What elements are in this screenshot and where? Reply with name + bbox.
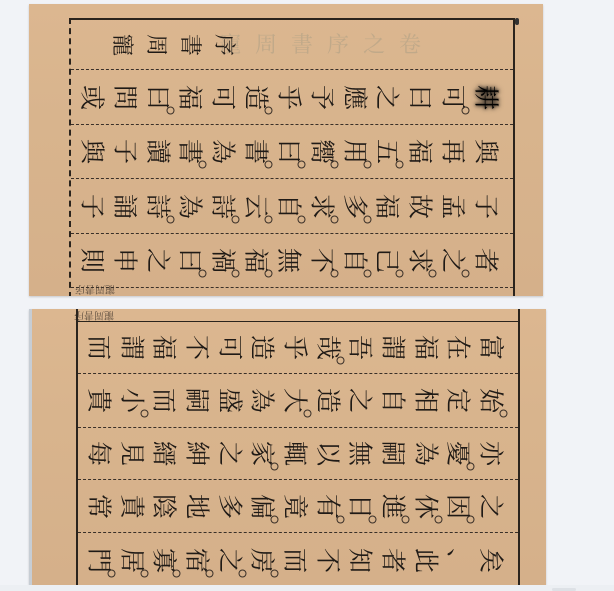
glyph: 多 <box>217 491 242 521</box>
text-frame: 寵周書序 或問曰福可造乎予應之曰可耕 與子讀書為書曰嚮用五福再與 子誦詩為詩云自… <box>69 18 515 296</box>
glyph: 子 <box>80 191 105 221</box>
glyph: 為 <box>178 191 203 221</box>
glyph: 不 <box>309 246 334 276</box>
glyph: 應 <box>342 82 367 112</box>
glyph: 云 <box>244 191 269 221</box>
glyph: 曰 <box>408 82 433 112</box>
glyph: 自 <box>380 386 405 416</box>
glyph: 福 <box>408 137 433 167</box>
glyph: 、 <box>446 545 471 575</box>
glyph: 福 <box>375 191 400 221</box>
glyph: 可 <box>211 82 236 112</box>
text-row: 常責陰地多偏竟有日進休因之 <box>78 480 518 533</box>
glyph: 紳 <box>184 439 209 469</box>
text-row: 門居寡宿之房而不知者此、矣 <box>78 533 518 585</box>
glyph: 予 <box>309 82 334 112</box>
glyph: 福 <box>178 82 203 112</box>
text-row: 子誦詩為詩云自求多福故孟子 <box>71 179 513 234</box>
glyph: 亦 <box>478 439 503 469</box>
glyph: 者 <box>380 545 405 575</box>
glyph: 曰 <box>276 137 301 167</box>
glyph: 可 <box>441 82 466 112</box>
title-row: 寵周書序 <box>71 20 513 70</box>
glyph: 詩 <box>145 191 170 221</box>
glyph: 多 <box>342 191 367 221</box>
glyph: 房 <box>250 545 275 575</box>
glyph: 縉 <box>152 439 177 469</box>
glyph: 為 <box>250 386 275 416</box>
glyph: 因 <box>446 491 471 521</box>
glyph: 之 <box>441 246 466 276</box>
glyph: 故 <box>408 191 433 221</box>
glyph: 知 <box>348 545 373 575</box>
glyph: 福 <box>152 333 177 363</box>
glyph: 大 <box>282 386 307 416</box>
glyph: 之 <box>478 491 503 521</box>
glyph: 宿 <box>184 545 209 575</box>
glyph: 乎 <box>282 333 307 363</box>
glyph: 子 <box>473 191 498 221</box>
glyph: 書 <box>178 31 200 59</box>
glyph: 憂 <box>446 439 471 469</box>
text-row: 每見縉紳之家輒以無嗣為憂亦 <box>78 428 518 480</box>
text-row: 貴小而嗣盛為大造之自相定始 <box>78 374 518 428</box>
glyph: 每 <box>87 439 112 469</box>
glyph: 則 <box>80 246 105 276</box>
scanned-page-top[interactable]: 寵周書序之卷 寵周書序 或問曰福可造乎予應之曰可耕 與子讀書為書曰嚮用五福再與 … <box>29 4 543 296</box>
glyph: 用 <box>342 137 367 167</box>
glyph: 之 <box>217 439 242 469</box>
glyph: 居 <box>119 545 144 575</box>
glyph: 書 <box>244 137 269 167</box>
glyph: 嚮 <box>309 137 334 167</box>
glyph: 誦 <box>112 191 137 221</box>
text-row: 則申之曰禍福無不自己求之者 <box>71 234 513 288</box>
glyph: 家 <box>250 439 275 469</box>
glyph: 申 <box>112 246 137 276</box>
glyph: 為 <box>211 137 236 167</box>
glyph: 門 <box>87 545 112 575</box>
glyph: 無 <box>276 246 301 276</box>
glyph: 曰 <box>145 82 170 112</box>
glyph: 者 <box>473 246 498 276</box>
glyph: 求 <box>309 191 334 221</box>
glyph: 吾 <box>348 333 373 363</box>
glyph: 而 <box>87 333 112 363</box>
glyph: 五 <box>375 137 400 167</box>
glyph: 書 <box>178 137 203 167</box>
glyph: 休 <box>413 491 438 521</box>
glyph: 問 <box>112 82 137 112</box>
glyph: 與 <box>80 137 105 167</box>
glyph: 或 <box>80 82 105 112</box>
glyph: 而 <box>152 386 177 416</box>
glyph: 自 <box>342 246 367 276</box>
glyph: 進 <box>380 491 405 521</box>
glyph: 不 <box>315 545 340 575</box>
glyph: 不 <box>184 333 209 363</box>
glyph: 己 <box>375 246 400 276</box>
glyph: 自 <box>276 191 301 221</box>
glyph: 耕 <box>473 82 498 112</box>
glyph: 責 <box>119 491 144 521</box>
glyph: 詩 <box>211 191 236 221</box>
glyph: 偏 <box>250 491 275 521</box>
glyph: 寵 <box>110 31 132 59</box>
scanned-page-bottom[interactable]: 寵周書序 而謂福不可造乎哉吾謂福在富 貴小而嗣盛為大造之自相定始 每見縉紳之家輒… <box>29 309 546 585</box>
glyph: 序 <box>212 31 234 59</box>
glyph: 嗣 <box>184 386 209 416</box>
glyph: 而 <box>282 545 307 575</box>
glyph: 陰 <box>152 491 177 521</box>
glyph: 孟 <box>441 191 466 221</box>
glyph: 造 <box>315 386 340 416</box>
glyph: 之 <box>348 386 373 416</box>
glyph: 見 <box>119 439 144 469</box>
text-row: 或問曰福可造乎予應之曰可耕 <box>71 70 513 125</box>
glyph: 輒 <box>282 439 307 469</box>
glyph: 始 <box>478 386 503 416</box>
glyph: 可 <box>217 333 242 363</box>
text-frame: 而謂福不可造乎哉吾謂福在富 貴小而嗣盛為大造之自相定始 每見縉紳之家輒以無嗣為憂… <box>76 309 520 585</box>
glyph: 哉 <box>315 333 340 363</box>
margin-note: 寵周書序 <box>75 283 115 296</box>
text-row: 而謂福不可造乎哉吾謂福在富 <box>78 321 518 374</box>
glyph: 周 <box>144 31 166 59</box>
glyph: 此 <box>413 545 438 575</box>
glyph: 盛 <box>217 386 242 416</box>
glyph: 日 <box>348 491 373 521</box>
glyph: 造 <box>250 333 275 363</box>
glyph: 相 <box>413 386 438 416</box>
glyph: 謂 <box>380 333 405 363</box>
glyph: 謂 <box>119 333 144 363</box>
glyph: 常 <box>87 491 112 521</box>
glyph: 嗣 <box>380 439 405 469</box>
glyph: 定 <box>446 386 471 416</box>
glyph: 再 <box>441 137 466 167</box>
text-row: 與子讀書為書曰嚮用五福再與 <box>71 125 513 179</box>
glyph: 福 <box>413 333 438 363</box>
glyph: 福 <box>244 246 269 276</box>
glyph: 貴 <box>87 386 112 416</box>
glyph: 小 <box>119 386 144 416</box>
glyph: 竟 <box>282 491 307 521</box>
glyph: 之 <box>145 246 170 276</box>
horizontal-scrollbar-track[interactable] <box>0 585 614 591</box>
glyph: 之 <box>375 82 400 112</box>
glyph: 子 <box>112 137 137 167</box>
glyph: 曰 <box>178 246 203 276</box>
glyph: 禍 <box>211 246 236 276</box>
glyph: 之 <box>217 545 242 575</box>
ink-spot <box>515 18 519 25</box>
glyph: 求 <box>408 246 433 276</box>
glyph: 讀 <box>145 137 170 167</box>
glyph: 造 <box>244 82 269 112</box>
glyph: 以 <box>315 439 340 469</box>
glyph: 與 <box>473 137 498 167</box>
glyph: 在 <box>446 333 471 363</box>
glyph: 為 <box>413 439 438 469</box>
glyph: 乎 <box>276 82 301 112</box>
glyph: 地 <box>184 491 209 521</box>
glyph: 無 <box>348 439 373 469</box>
glyph: 寡 <box>152 545 177 575</box>
glyph: 有 <box>315 491 340 521</box>
glyph: 矣 <box>478 545 503 575</box>
glyph: 富 <box>478 333 503 363</box>
